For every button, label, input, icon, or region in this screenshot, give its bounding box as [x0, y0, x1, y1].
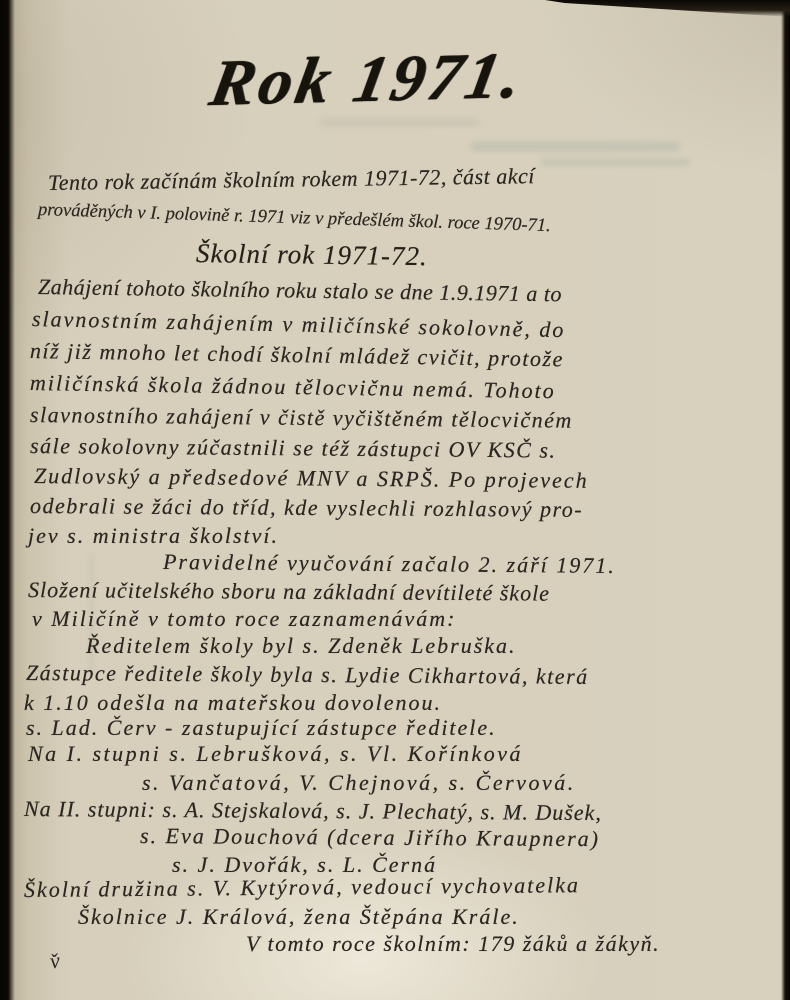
handwritten-line: V tomto roce školním: 179 žáků a žákyň. — [246, 931, 660, 957]
handwritten-line: slavnostním zahájením v miličínské sokol… — [32, 306, 566, 343]
handwritten-line: Zástupce ředitele školy byla s. Lydie Ci… — [26, 660, 589, 690]
handwritten-line: Na II. stupni: s. A. Stejskalová, s. J. … — [24, 796, 602, 826]
page-edge-shadow-right — [781, 0, 790, 1000]
handwritten-line: Zahájení tohoto školního roku stalo se d… — [38, 274, 562, 307]
page-corner-shadow-top-right — [545, 0, 790, 17]
ink-show-through — [320, 118, 480, 126]
handwritten-line: Složení učitelského sboru na základní de… — [28, 577, 550, 607]
book-gutter-shadow — [0, 0, 15, 1000]
handwritten-line: Školní družina s. V. Kytýrová, vedoucí v… — [24, 872, 580, 903]
handwritten-line: sále sokolovny zúčastnili se též zástupc… — [30, 433, 557, 464]
handwritten-line: s. Vančatová, V. Chejnová, s. Červová. — [142, 770, 576, 796]
handwritten-line: Tento rok začínám školním rokem 1971-72,… — [48, 163, 535, 196]
section-heading: Školní rok 1971-72. — [196, 238, 428, 272]
handwritten-line: Školnice J. Králová, žena Štěpána Krále. — [78, 904, 520, 930]
page-title: Rok 1971. — [204, 38, 531, 122]
handwritten-line: Ředitelem školy byl s. Zdeněk Lebruška. — [86, 633, 517, 659]
handwritten-line: níž již mnoho let chodí školní mládež cv… — [30, 338, 564, 372]
handwritten-line: prováděných v I. polovině r. 1971 viz v … — [38, 200, 551, 237]
handwritten-line: v Miličíně v tomto roce zaznamenávám: — [32, 606, 456, 632]
ink-show-through — [540, 158, 690, 166]
handwritten-line: Pravidelné vyučování začalo 2. září 1971… — [163, 549, 616, 579]
check-mark: v̌ — [48, 947, 61, 974]
handwritten-line: Na I. stupni s. Lebrušková, s. Vl. Kořín… — [28, 741, 523, 767]
chronicle-page: Rok 1971. Tento rok začínám školním roke… — [0, 0, 790, 1000]
handwritten-line: s. Lad. Červ - zastupující zástupce ředi… — [26, 715, 497, 741]
handwritten-line: jev s. ministra školství. — [28, 523, 279, 549]
handwritten-line: k 1.10 odešla na mateřskou dovolenou. — [24, 690, 442, 716]
ink-show-through — [470, 142, 680, 151]
handwritten-line: slavnostního zahájení v čistě vyčištěném… — [30, 402, 573, 434]
handwritten-line: miličínská škola žádnou tělocvičnu nemá.… — [30, 370, 556, 404]
handwritten-line: Zudlovský a předsedové MNV a SRPŠ. Po pr… — [34, 463, 589, 494]
handwritten-line: s. Eva Douchová (dcera Jiřího Kraupnera) — [140, 823, 600, 852]
handwritten-line: odebrali se žáci do tříd, kde vyslechli … — [30, 493, 583, 523]
